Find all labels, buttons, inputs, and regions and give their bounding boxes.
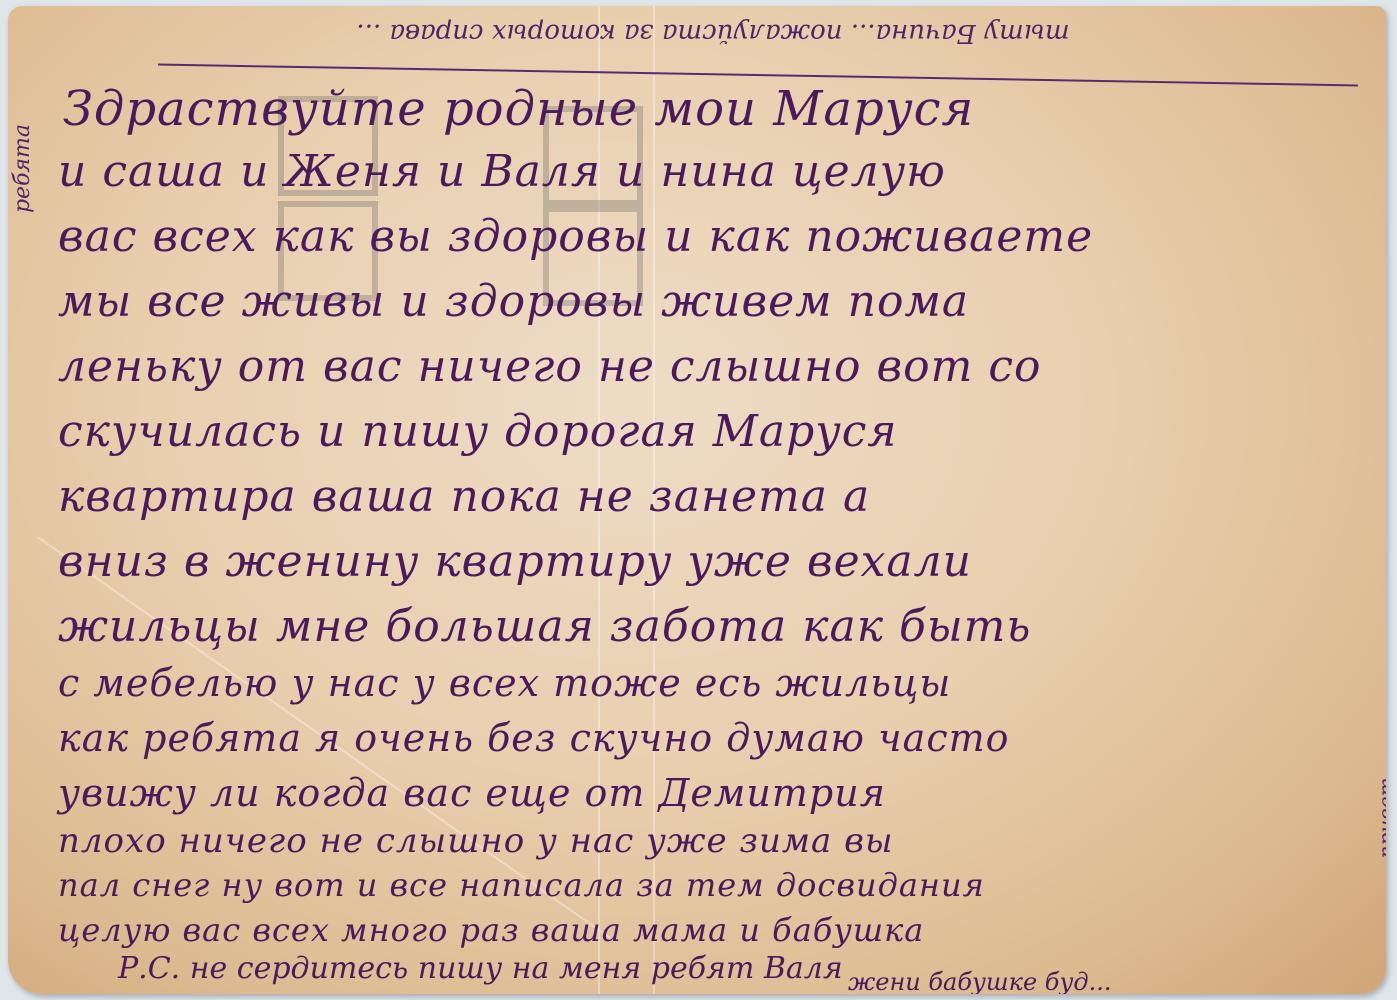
postscript-line: Р.С. не сердитесь пишу на меня ребят Вал… (118, 951, 843, 986)
letter-line: как ребята я очень без скучно думаю част… (58, 716, 1010, 760)
letter-line: леньку от вас ничего не слышно вот со (58, 341, 1041, 392)
letter-line: вас всех как вы здоровы и как поживаете (58, 211, 1093, 262)
upside-down-header-note: тыту Бачина... пожалуйста за которых спр… (68, 18, 1358, 48)
letter-line: вниз в женину квартиру уже вехали (58, 536, 972, 587)
letter-line: увижу ли когда вас еще от Демитрия (58, 771, 886, 815)
letter-line: пал снег ну вот и все написала за тем до… (58, 866, 985, 904)
letter-line: Здраствуйте родные мои Маруся (63, 81, 974, 137)
letter-line: мы все живы и здоровы живем пома (58, 276, 969, 327)
letter-line: и саша и Женя и Валя и нина целую (58, 146, 946, 197)
letter-line: плохо ничего не слышно у нас уже зима вы (58, 821, 894, 861)
letter-line: целую вас всех много раз ваша мама и баб… (58, 911, 924, 949)
side-note-right: привет (1373, 777, 1386, 858)
letter-line: с мебелью у нас у всех тоже есь жильцы (58, 661, 951, 705)
side-note-left: ребята (10, 124, 35, 213)
postcard: тыту Бачина... пожалуйста за которых спр… (8, 6, 1386, 994)
letter-line: жильцы мне большая забота как быть (58, 601, 1031, 652)
postscript-line: жени бабушке буд... (848, 968, 1111, 994)
letter-line: скучилась и пишу дорогая Маруся (58, 406, 898, 457)
letter-line: квартира ваша пока не занета а (58, 471, 870, 522)
